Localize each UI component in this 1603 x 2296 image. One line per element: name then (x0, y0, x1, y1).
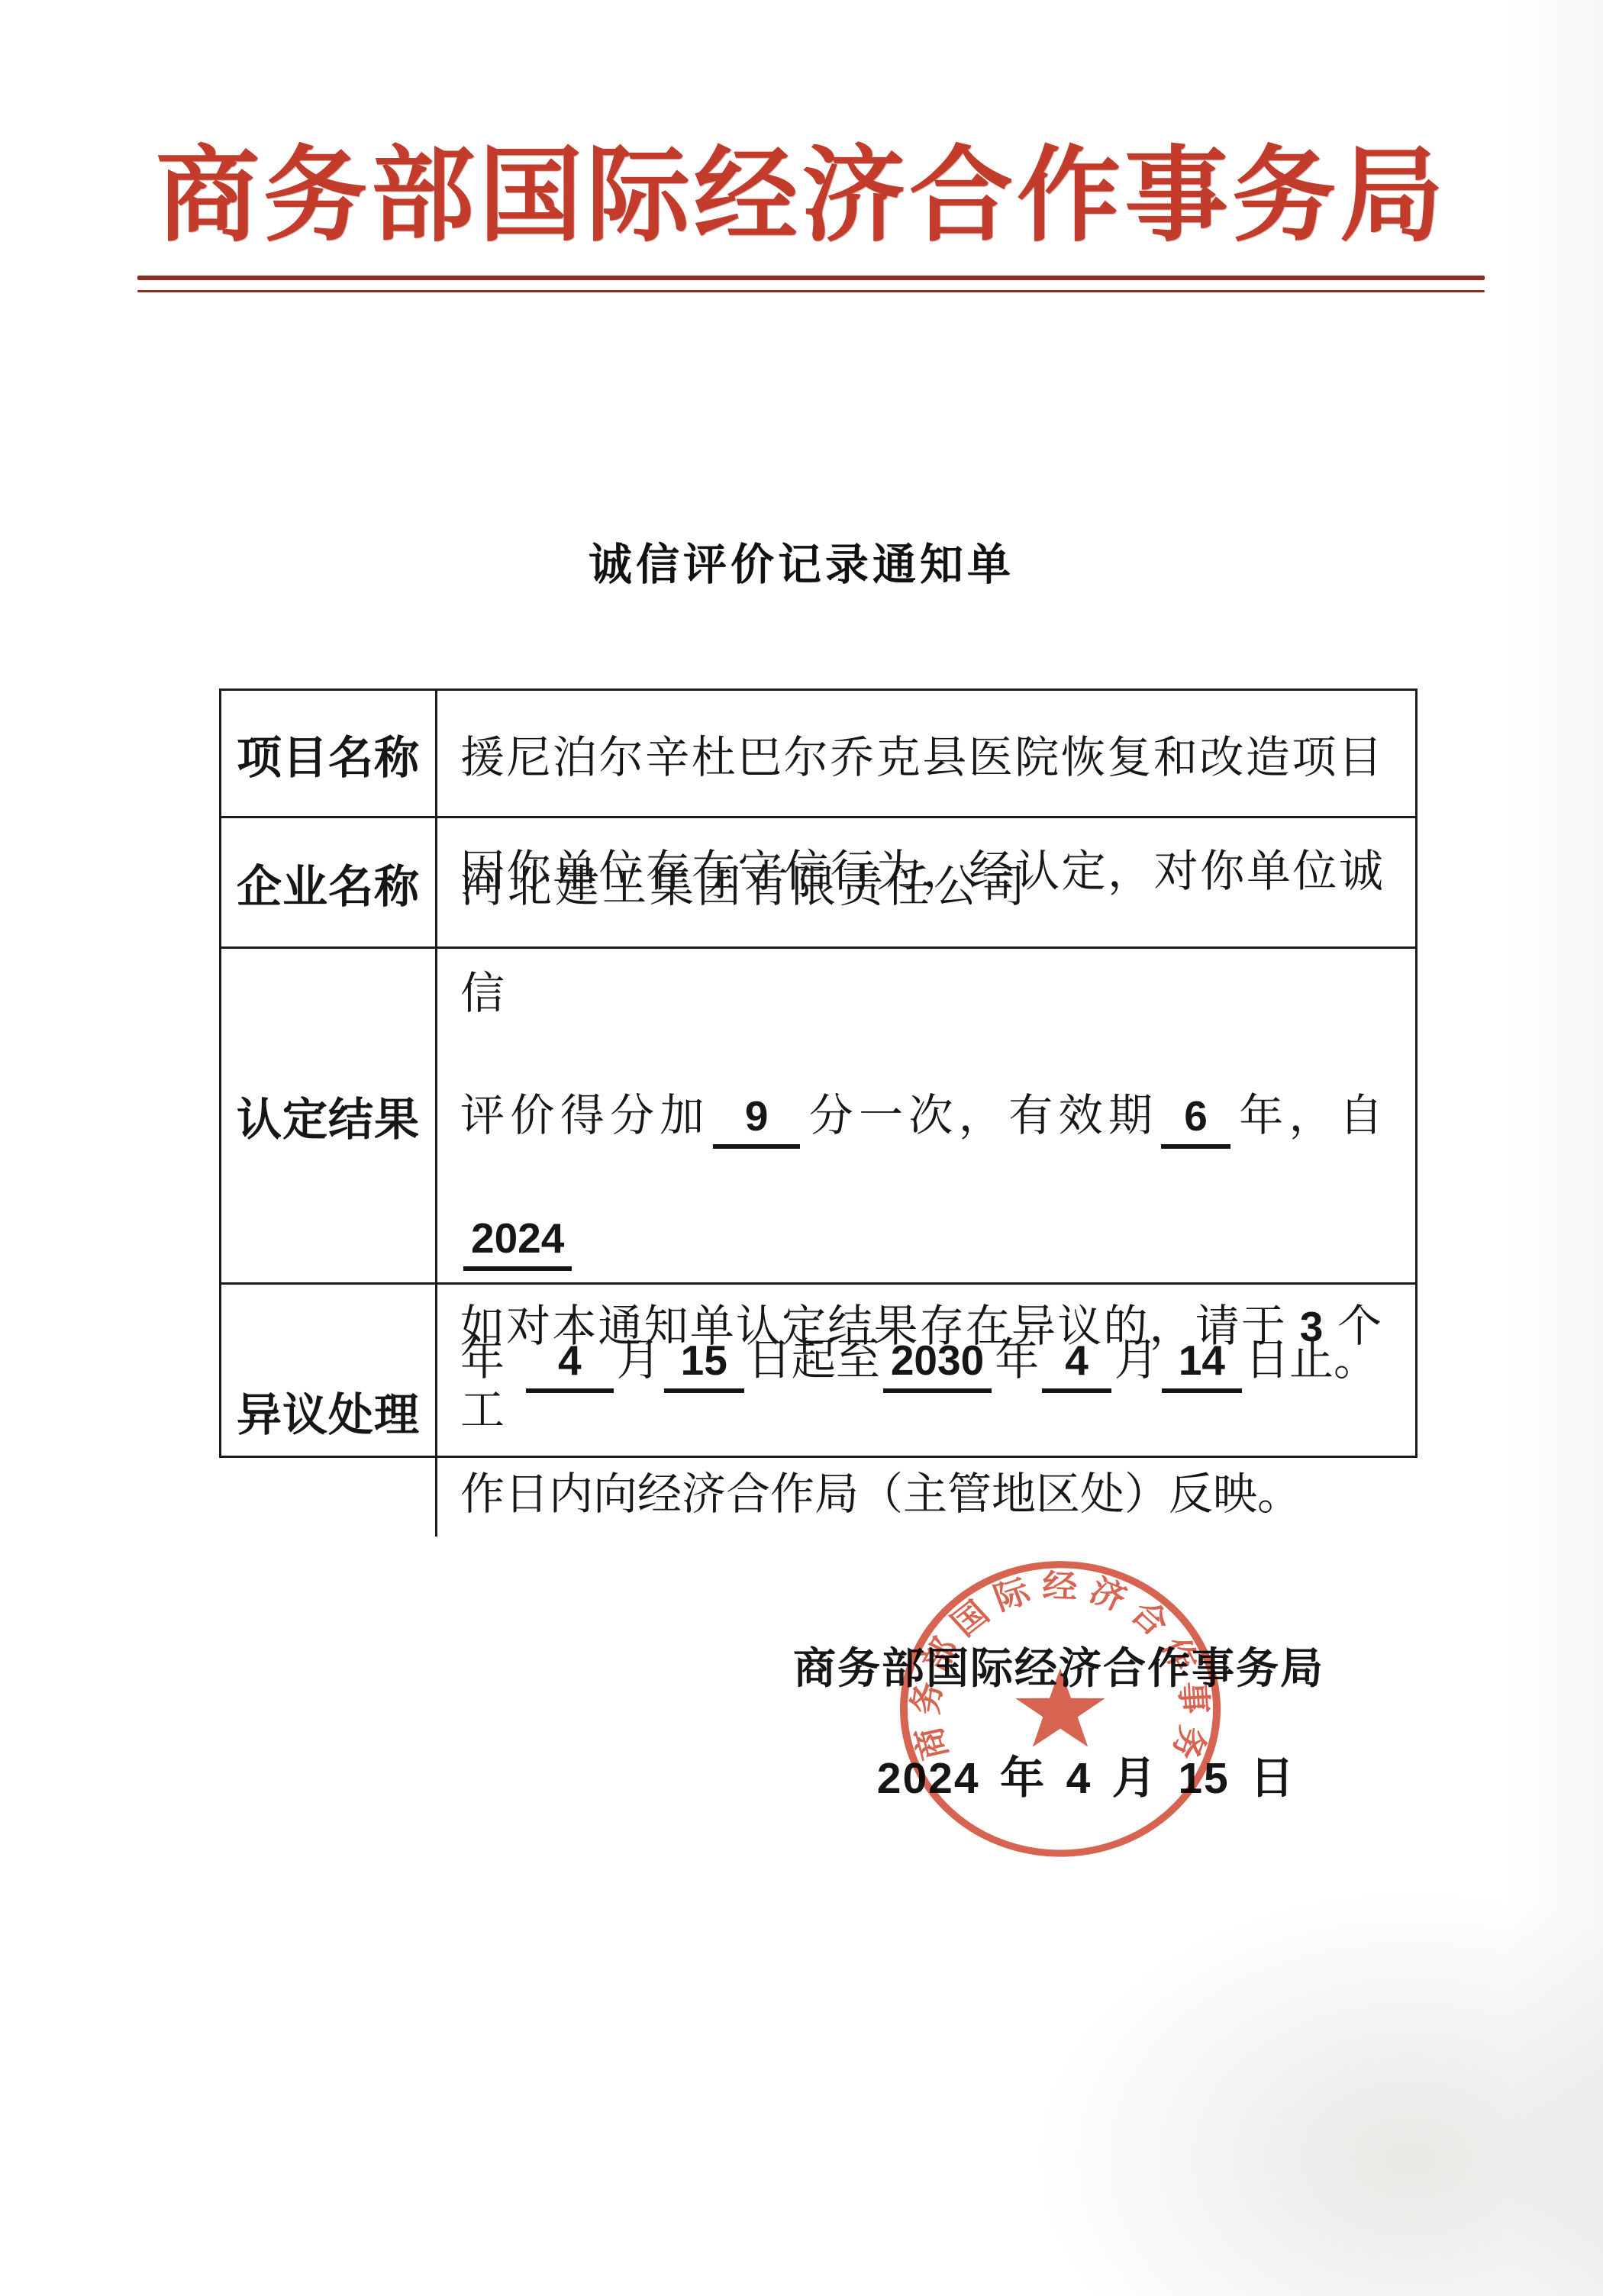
notice-table: 项目名称 援尼泊尔辛杜巴尔乔克县医院恢复和改造项目 企业名称 河北建工集团有限责… (219, 688, 1418, 1458)
score-value: 9 (745, 1092, 769, 1140)
result-line-2: 评价得分加9分一次，有效期6年，自2024 (460, 1055, 1383, 1299)
table-label-project-name: 项目名称 (221, 691, 437, 818)
table-label-determination-result: 认定结果 (221, 949, 437, 1285)
signature-org-name: 商务部国际经济合作事务局 (524, 1635, 1593, 1696)
result-text: 年，自 (1234, 1091, 1383, 1140)
letterhead-rule-thin (137, 290, 1485, 292)
document-page: 商务部国际经济合作事务局 诚信评价记录通知单 项目名称 援尼泊尔辛杜巴尔乔克县医… (0, 0, 1603, 2296)
table-cell-determination-result: 因你单位存在守信行为，经认定，对你单位诚信 评价得分加9分一次，有效期6年，自2… (437, 949, 1415, 1285)
signature-date-year: 2024 (877, 1754, 980, 1803)
objection-days-value: 3 (1300, 1303, 1325, 1350)
letterhead-rule-thick (137, 276, 1485, 280)
objection-line-1: 如对本通知单认定结果存在异议的，请于 3 个工 (460, 1285, 1383, 1453)
project-name-text: 援尼泊尔辛杜巴尔乔克县医院恢复和改造项目 (460, 721, 1383, 785)
result-text: 评价得分加 (460, 1091, 710, 1140)
table-cell-objection-handling: 如对本通知单认定结果存在异议的，请于 3 个工 作日内向经济合作局（主管地区处）… (437, 1285, 1415, 1537)
validity-years-value: 6 (1184, 1092, 1208, 1140)
signature-date: 2024 年 4 月 15 日 (556, 1742, 1603, 1806)
objection-line-2: 作日内向经济合作局（主管地区处）反映。 (460, 1453, 1383, 1537)
signature-date-day: 15 (1178, 1754, 1229, 1803)
table-label-company-name: 企业名称 (221, 818, 437, 949)
signature-date-month-label: 月 (1112, 1753, 1158, 1803)
table-cell-project-name: 援尼泊尔辛杜巴尔乔克县医院恢复和改造项目 (437, 691, 1415, 818)
seal-ring (904, 1565, 1217, 1853)
start-year-value: 2024 (471, 1214, 564, 1262)
letterhead-org-title: 商务部国际经济合作事务局 (0, 128, 1603, 266)
signature-date-year-label: 年 (1000, 1753, 1046, 1803)
official-seal-stamp: 商务部国际经济合作事务局 (893, 1554, 1227, 1862)
signature-date-month: 4 (1066, 1754, 1092, 1803)
document-title: 诚信评价记录通知单 (0, 530, 1603, 592)
table-label-objection-handling: 异议处理 (221, 1285, 437, 1537)
signature-date-day-label: 日 (1250, 1753, 1295, 1803)
objection-text: 如对本通知单认定结果存在异议的，请于 (460, 1301, 1287, 1351)
result-line-1: 因你单位存在守信行为，经认定，对你单位诚信 (460, 811, 1383, 1055)
result-text: 分一次，有效期 (803, 1091, 1158, 1140)
